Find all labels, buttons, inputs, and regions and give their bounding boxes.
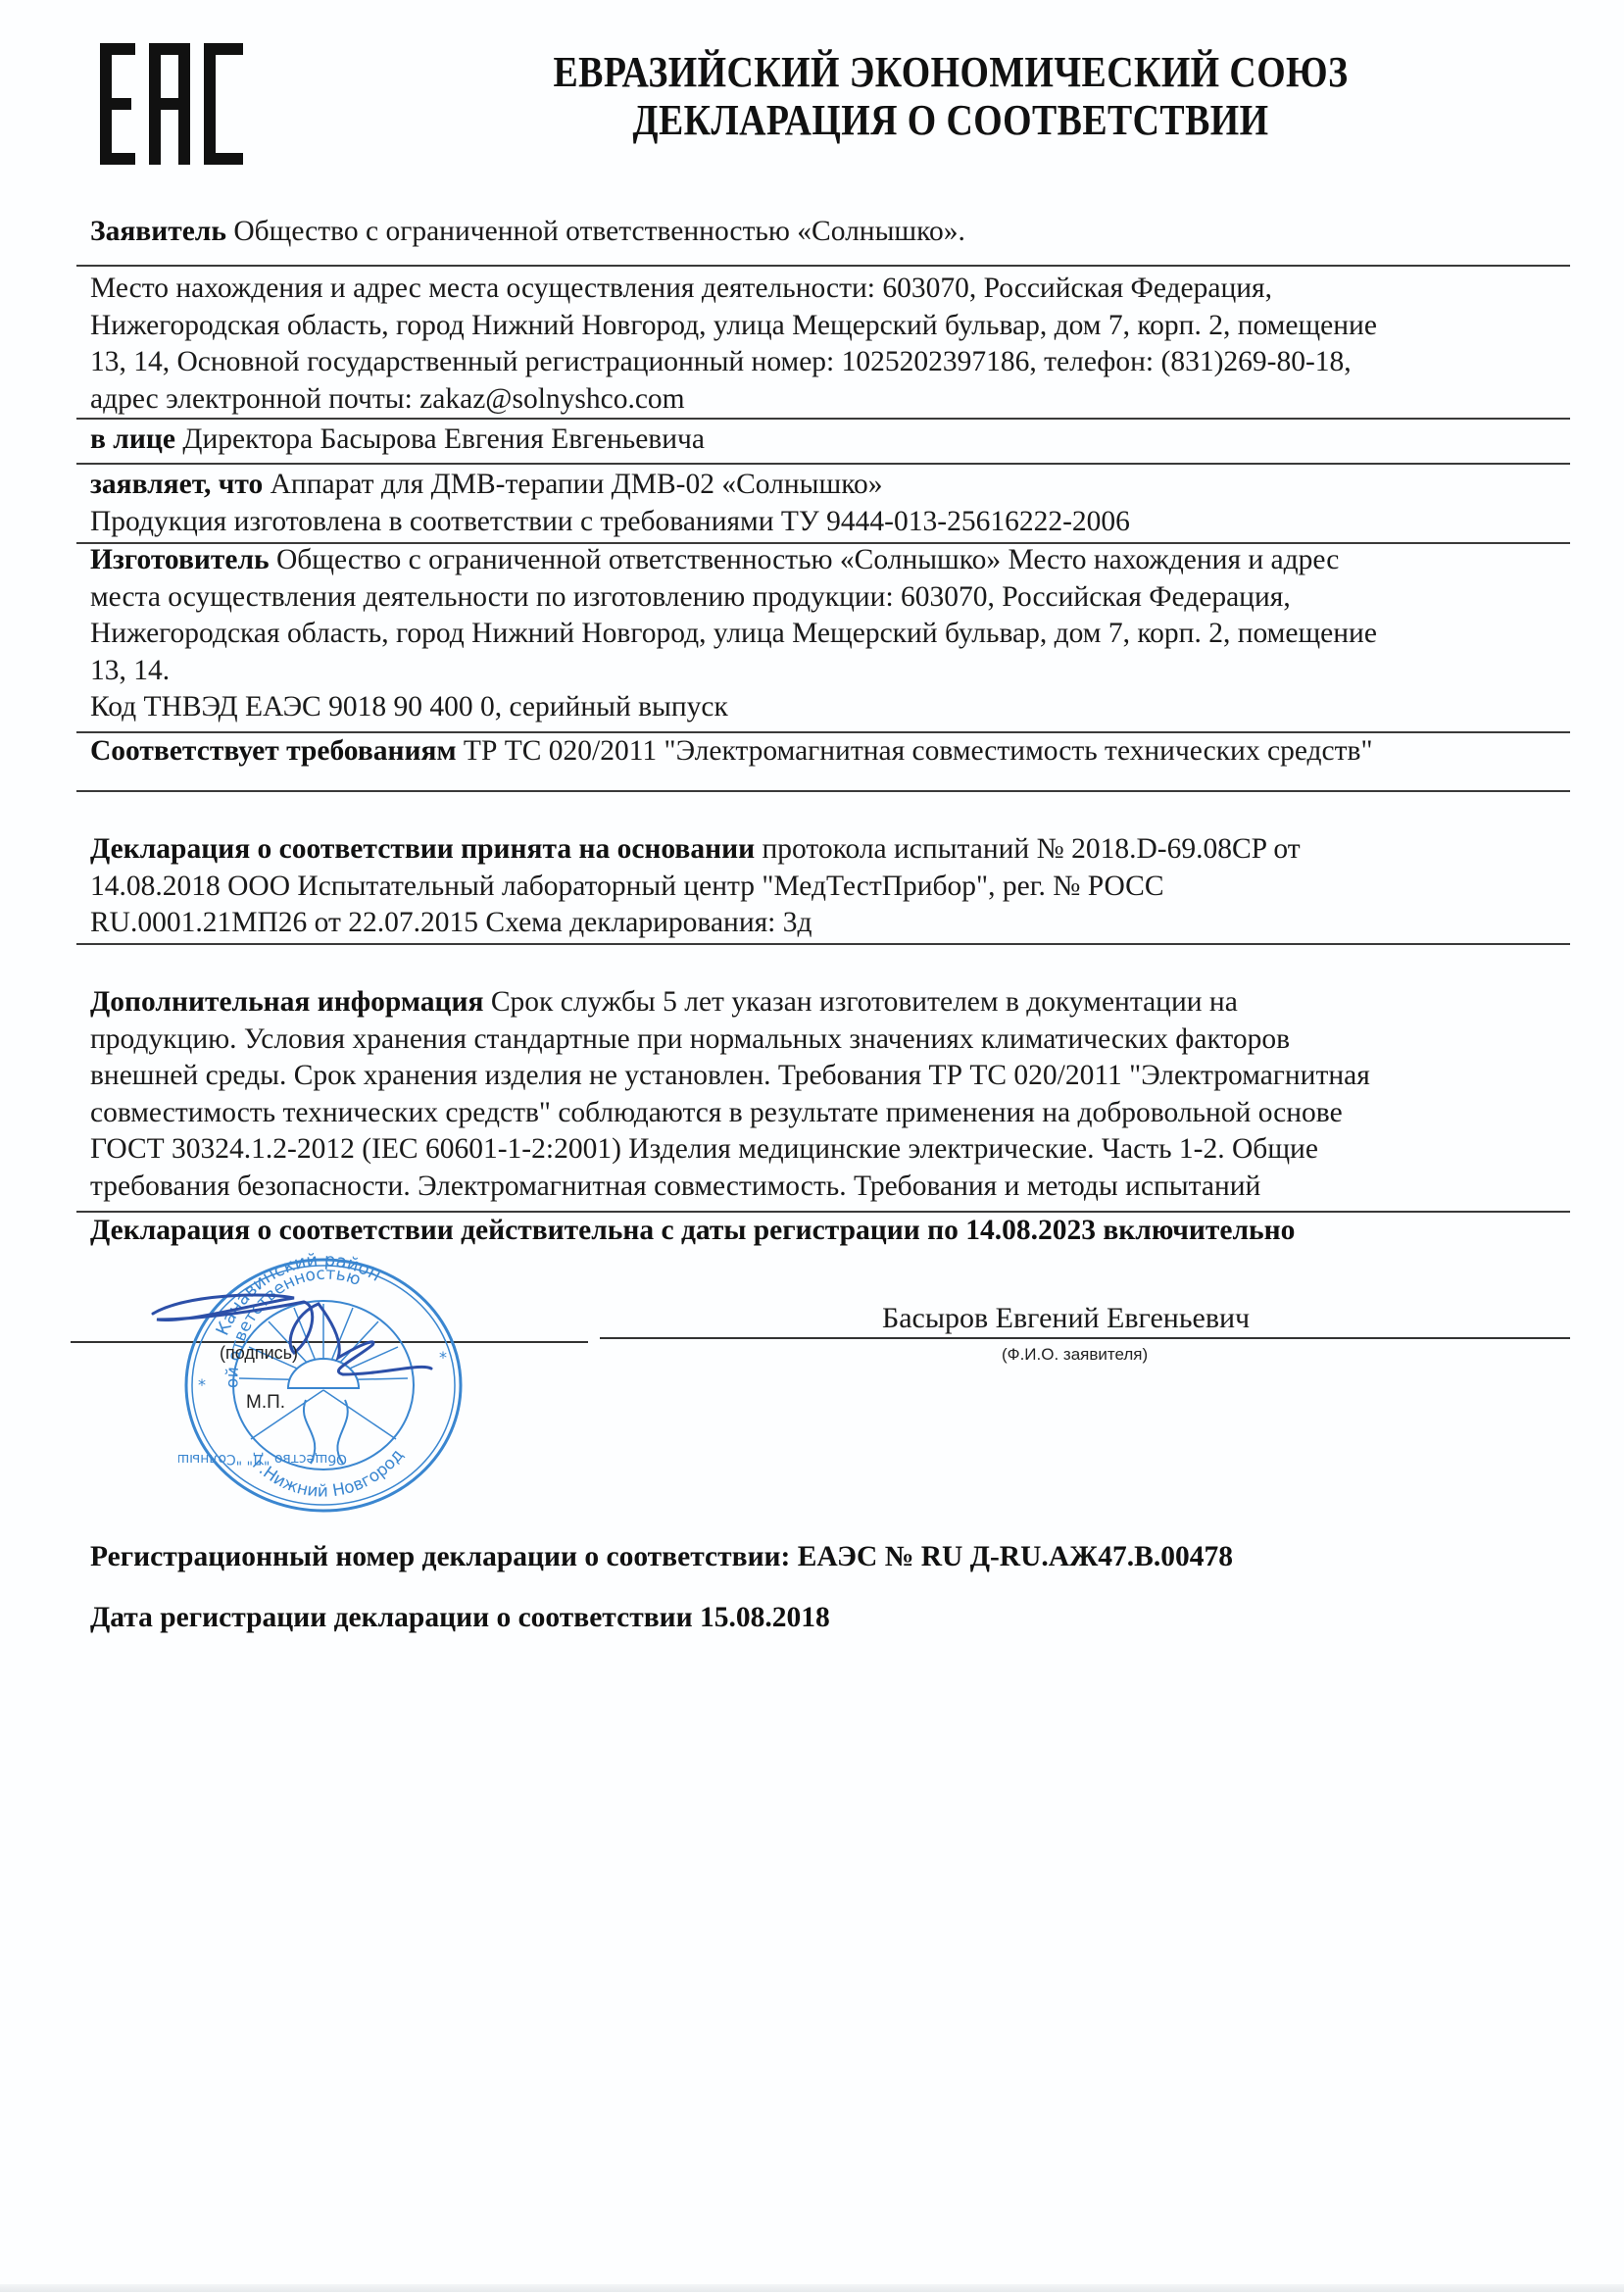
manufacturer-line: места осуществления деятельности по изго…: [90, 579, 1570, 617]
basis-value: протокола испытаний № 2018.D-69.08CP от: [755, 833, 1301, 865]
additional-info-line: продукцию. Условия хранения стандартные …: [90, 1021, 1570, 1059]
handwritten-signature: [147, 1284, 441, 1392]
applicant-value: Общество с ограниченной ответственностью…: [226, 216, 965, 247]
divider: [76, 265, 1570, 267]
registration-number: Регистрационный номер декларации о соотв…: [90, 1541, 1233, 1573]
declares-label: заявляет, что: [90, 469, 263, 500]
represented-by-label: в лице: [90, 424, 175, 455]
address-line: Место нахождения и адрес места осуществл…: [90, 271, 1570, 308]
address-line: Нижегородская область, город Нижний Новг…: [90, 308, 1570, 345]
divider: [76, 790, 1570, 792]
applicant-section: Заявитель Общество с ограниченной ответс…: [90, 214, 1570, 251]
basis-line: RU.0001.21МП26 от 22.07.2015 Схема декла…: [90, 905, 1570, 942]
eac-logo-icon: [98, 41, 245, 167]
complies-value: ТР ТС 020/2011 "Электромагнитная совмест…: [457, 735, 1373, 767]
declares-section: заявляет, что Аппарат для ДМВ-терапии ДМ…: [90, 467, 1570, 540]
complies-label: Соответствует требованиям: [90, 735, 457, 767]
seal-caption: М.П.: [246, 1392, 285, 1414]
represented-by-section: в лице Директора Басырова Евгения Евгень…: [90, 422, 1570, 459]
represented-by-value: Директора Басырова Евгения Евгеньевича: [175, 424, 705, 455]
product-name: Аппарат для ДМВ-терапии ДМВ-02 «Солнышко…: [263, 469, 882, 500]
hs-code-line: Код ТНВЭД ЕАЭС 9018 90 400 0, серийный в…: [90, 689, 1570, 726]
manufacturer-line: Нижегородская область, город Нижний Новг…: [90, 616, 1570, 653]
address-email-line: адрес электронной почты: zakaz@solnyshco…: [90, 381, 1570, 419]
basis-line: 14.08.2018 ООО Испытательный лабораторны…: [90, 869, 1570, 906]
signature-caption: (подпись): [220, 1343, 298, 1364]
validity-text: Декларация о соответствии действительна …: [90, 1215, 1295, 1246]
additional-info-line: требования безопасности. Электромагнитна…: [90, 1169, 1570, 1206]
address-line: 13, 14, Основной государственный регистр…: [90, 344, 1570, 381]
scan-edge: [0, 2284, 1624, 2292]
additional-info-label: Дополнительная информация: [90, 986, 483, 1018]
additional-info-line: ГОСТ 30324.1.2-2012 (IEC 60601-1-2:2001)…: [90, 1131, 1570, 1169]
declaration-page: ЕВРАЗИЙСКИЙ ЭКОНОМИЧЕСКИЙ СОЮЗ ДЕКЛАРАЦИ…: [0, 0, 1624, 2292]
basis-section: Декларация о соответствии принята на осн…: [90, 831, 1570, 942]
signer-name: Басыров Евгений Евгеньевич: [882, 1302, 1250, 1335]
name-line: [600, 1337, 1570, 1339]
basis-label: Декларация о соответствии принята на осн…: [90, 833, 755, 865]
manufacturer-label: Изготовитель: [90, 544, 270, 575]
product-spec-line: Продукция изготовлена в соответствии с т…: [90, 504, 1570, 541]
applicant-label: Заявитель: [90, 216, 226, 247]
document-title: ДЕКЛАРАЦИЯ О СООТВЕТСТВИИ: [386, 99, 1515, 142]
union-title: ЕВРАЗИЙСКИЙ ЭКОНОМИЧЕСКИЙ СОЮЗ: [386, 51, 1515, 94]
signer-caption: (Ф.И.О. заявителя): [1002, 1345, 1148, 1365]
divider: [76, 463, 1570, 465]
divider: [76, 943, 1570, 945]
manufacturer-section: Изготовитель Общество с ограниченной отв…: [90, 542, 1570, 726]
manufacturer-line: 13, 14.: [90, 653, 1570, 690]
manufacturer-value: Общество с ограниченной ответственностью…: [270, 544, 1340, 575]
validity-section: Декларация о соответствии действительна …: [90, 1213, 1570, 1250]
additional-info-value: Срок службы 5 лет указан изготовителем в…: [483, 986, 1237, 1018]
registration-date: Дата регистрации декларации о соответств…: [90, 1602, 830, 1634]
additional-info-line: совместимость технических средств" соблю…: [90, 1095, 1570, 1132]
complies-section: Соответствует требованиям ТР ТС 020/2011…: [90, 733, 1570, 771]
additional-info-section: Дополнительная информация Срок службы 5 …: [90, 984, 1570, 1205]
additional-info-line: внешней среды. Срок хранения изделия не …: [90, 1058, 1570, 1095]
divider: [76, 418, 1570, 420]
svg-text:Общество "Д" "Солнышко": Общество "Д" "Солнышко": [178, 1451, 347, 1467]
address-section: Место нахождения и адрес места осуществл…: [90, 271, 1570, 418]
